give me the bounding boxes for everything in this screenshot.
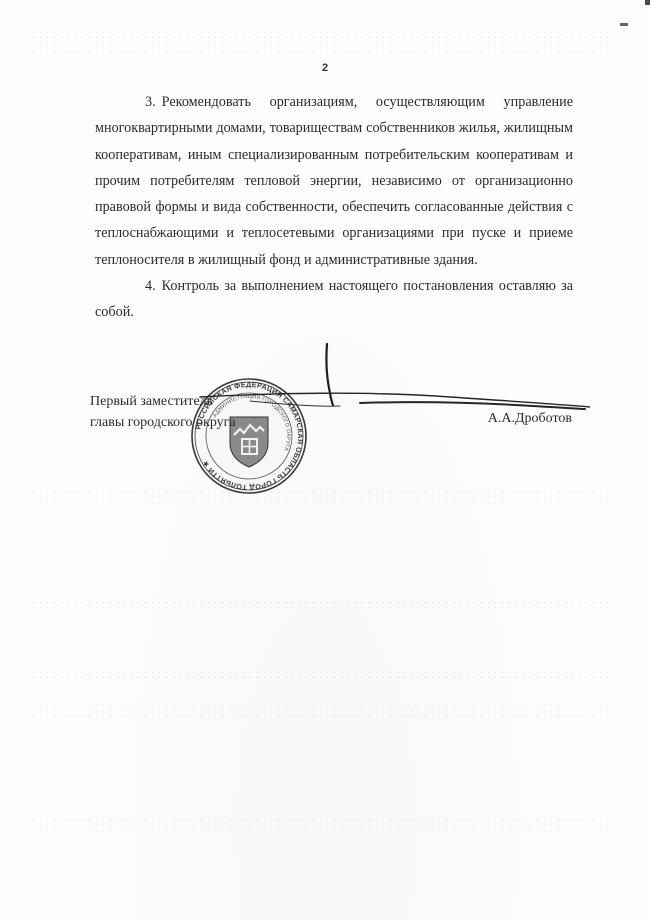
page-number: 2 [0,62,650,74]
scan-noise [30,490,610,500]
scan-noise [30,44,610,54]
paragraph-number: 3. [145,94,156,110]
handwritten-signature-icon [150,335,590,415]
paragraph-4: 4.Контроль за выполнением настоящего пос… [95,273,573,326]
paragraph-3: 3.Рекомендовать организациям, осуществля… [95,89,573,273]
scan-noise [30,818,610,828]
scan-corner-mark [645,0,650,5]
document-body: 3.Рекомендовать организациям, осуществля… [95,89,573,326]
scanned-document-page: 2 3.Рекомендовать организациям, осуществ… [0,0,650,920]
scan-noise [30,600,610,610]
signer-title-line2: главы городского округа [90,412,236,433]
scan-corner-mark [620,23,628,26]
scan-noise [30,708,610,718]
scan-noise [30,670,610,680]
paragraph-number: 4. [145,278,156,294]
scan-noise [30,30,610,40]
paragraph-text: Рекомендовать организациям, осуществляющ… [95,94,573,268]
paragraph-text: Контроль за выполнением настоящего поста… [95,278,573,320]
